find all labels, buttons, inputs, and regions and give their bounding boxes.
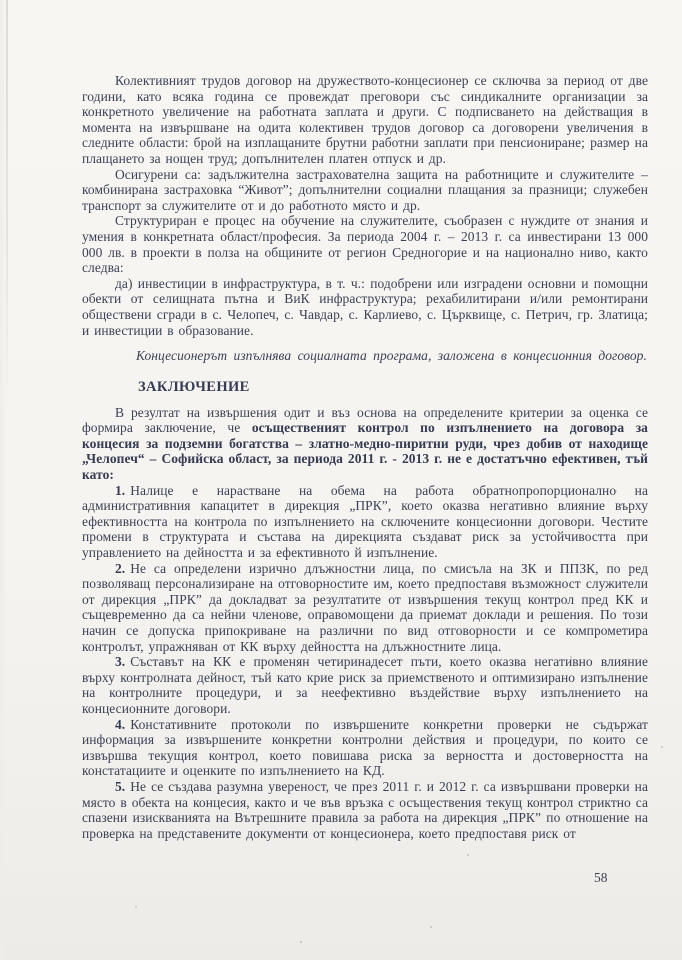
item-text: Не са определени изрично длъжностни лица… — [82, 561, 648, 654]
item-text: Съставът на КК е променян четиринадесет … — [82, 654, 648, 716]
scan-speck — [467, 854, 469, 856]
page-text-block: Колективният трудов договор на дружество… — [82, 73, 648, 841]
paragraph-training-investments: Структуриран е процес на обучение на слу… — [82, 213, 648, 275]
item-text: Не се създава разумна увереност, че през… — [82, 779, 648, 841]
item-number: 3. — [115, 654, 125, 669]
conclusion-item-3: 3.Съставът на КК е променян четиринадесе… — [82, 654, 648, 716]
scan-speck — [661, 746, 663, 748]
scan-speck — [430, 926, 432, 928]
paragraph-infrastructure-investments: да) инвестиции в инфраструктура, в т. ч.… — [82, 276, 648, 338]
paper-edge-line — [6, 0, 8, 420]
paragraph-insurance: Осигурени са: задължителна застраховател… — [82, 167, 648, 214]
paragraph-conclusion-summary: В резултат на извършения одит и въз осно… — [82, 405, 648, 483]
conclusion-item-2: 2.Не са определени изрично длъжностни ли… — [82, 561, 648, 655]
scan-speck — [615, 490, 617, 492]
conclusion-item-5: 5.Не се създава разумна увереност, че пр… — [82, 779, 648, 841]
item-text: Констативните протоколи по извършените к… — [82, 717, 648, 779]
paragraph-collective-agreement: Колективният трудов договор на дружество… — [82, 73, 648, 167]
item-number: 2. — [115, 561, 125, 576]
item-number: 1. — [115, 483, 125, 498]
section-heading-conclusion: ЗАКЛЮЧЕНИЕ — [138, 379, 648, 396]
item-text: Налице е нарастване на обема на работа о… — [82, 483, 648, 560]
conclusion-item-4: 4.Констативните протоколи по извършените… — [82, 717, 648, 779]
scanned-document-page: Колективният трудов договор на дружество… — [0, 0, 682, 960]
scan-speck — [135, 906, 137, 908]
conclusion-item-1: 1.Налице е нарастване на обема на работа… — [82, 483, 648, 561]
scan-speck — [300, 941, 302, 943]
item-number: 5. — [115, 779, 125, 794]
item-number: 4. — [115, 717, 125, 732]
paragraph-social-program: Концесионерът изпълнява социалната прогр… — [82, 348, 648, 364]
page-number: 58 — [594, 870, 608, 886]
scan-speck — [570, 656, 572, 658]
